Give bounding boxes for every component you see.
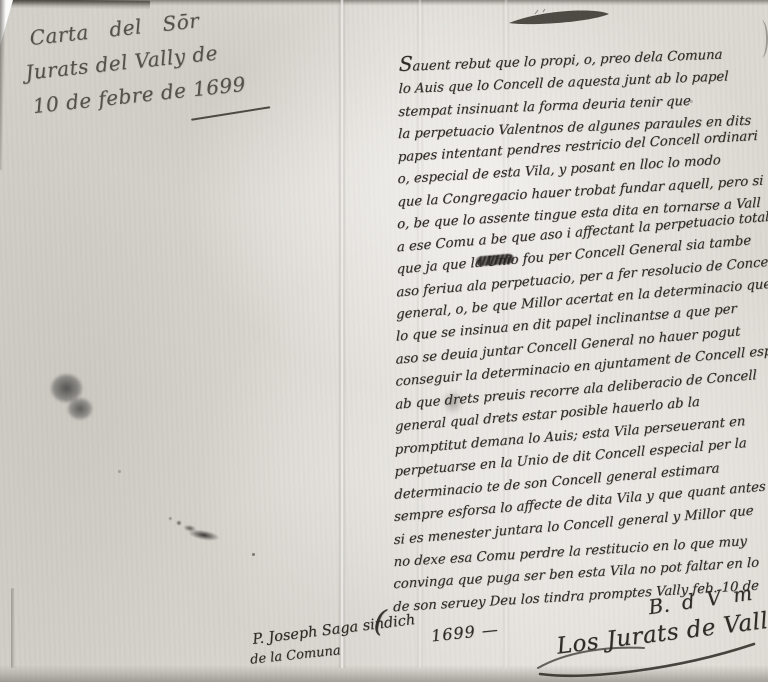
ink-speck (252, 553, 255, 556)
ink-speck (118, 470, 121, 473)
scanned-letter: Carta del Sōr Jurats del Vally de 10 de … (0, 0, 768, 682)
paper-edge-left-lower (11, 588, 15, 668)
invocation-flourish (505, 6, 615, 32)
paper-edge-top-left (0, 0, 150, 10)
letter-body: Sauent rebut que lo propi, o, preo dela … (393, 31, 764, 619)
fold-crease-center (338, 0, 346, 668)
ink-blot-large (46, 371, 100, 425)
flourish-icon (505, 6, 615, 32)
